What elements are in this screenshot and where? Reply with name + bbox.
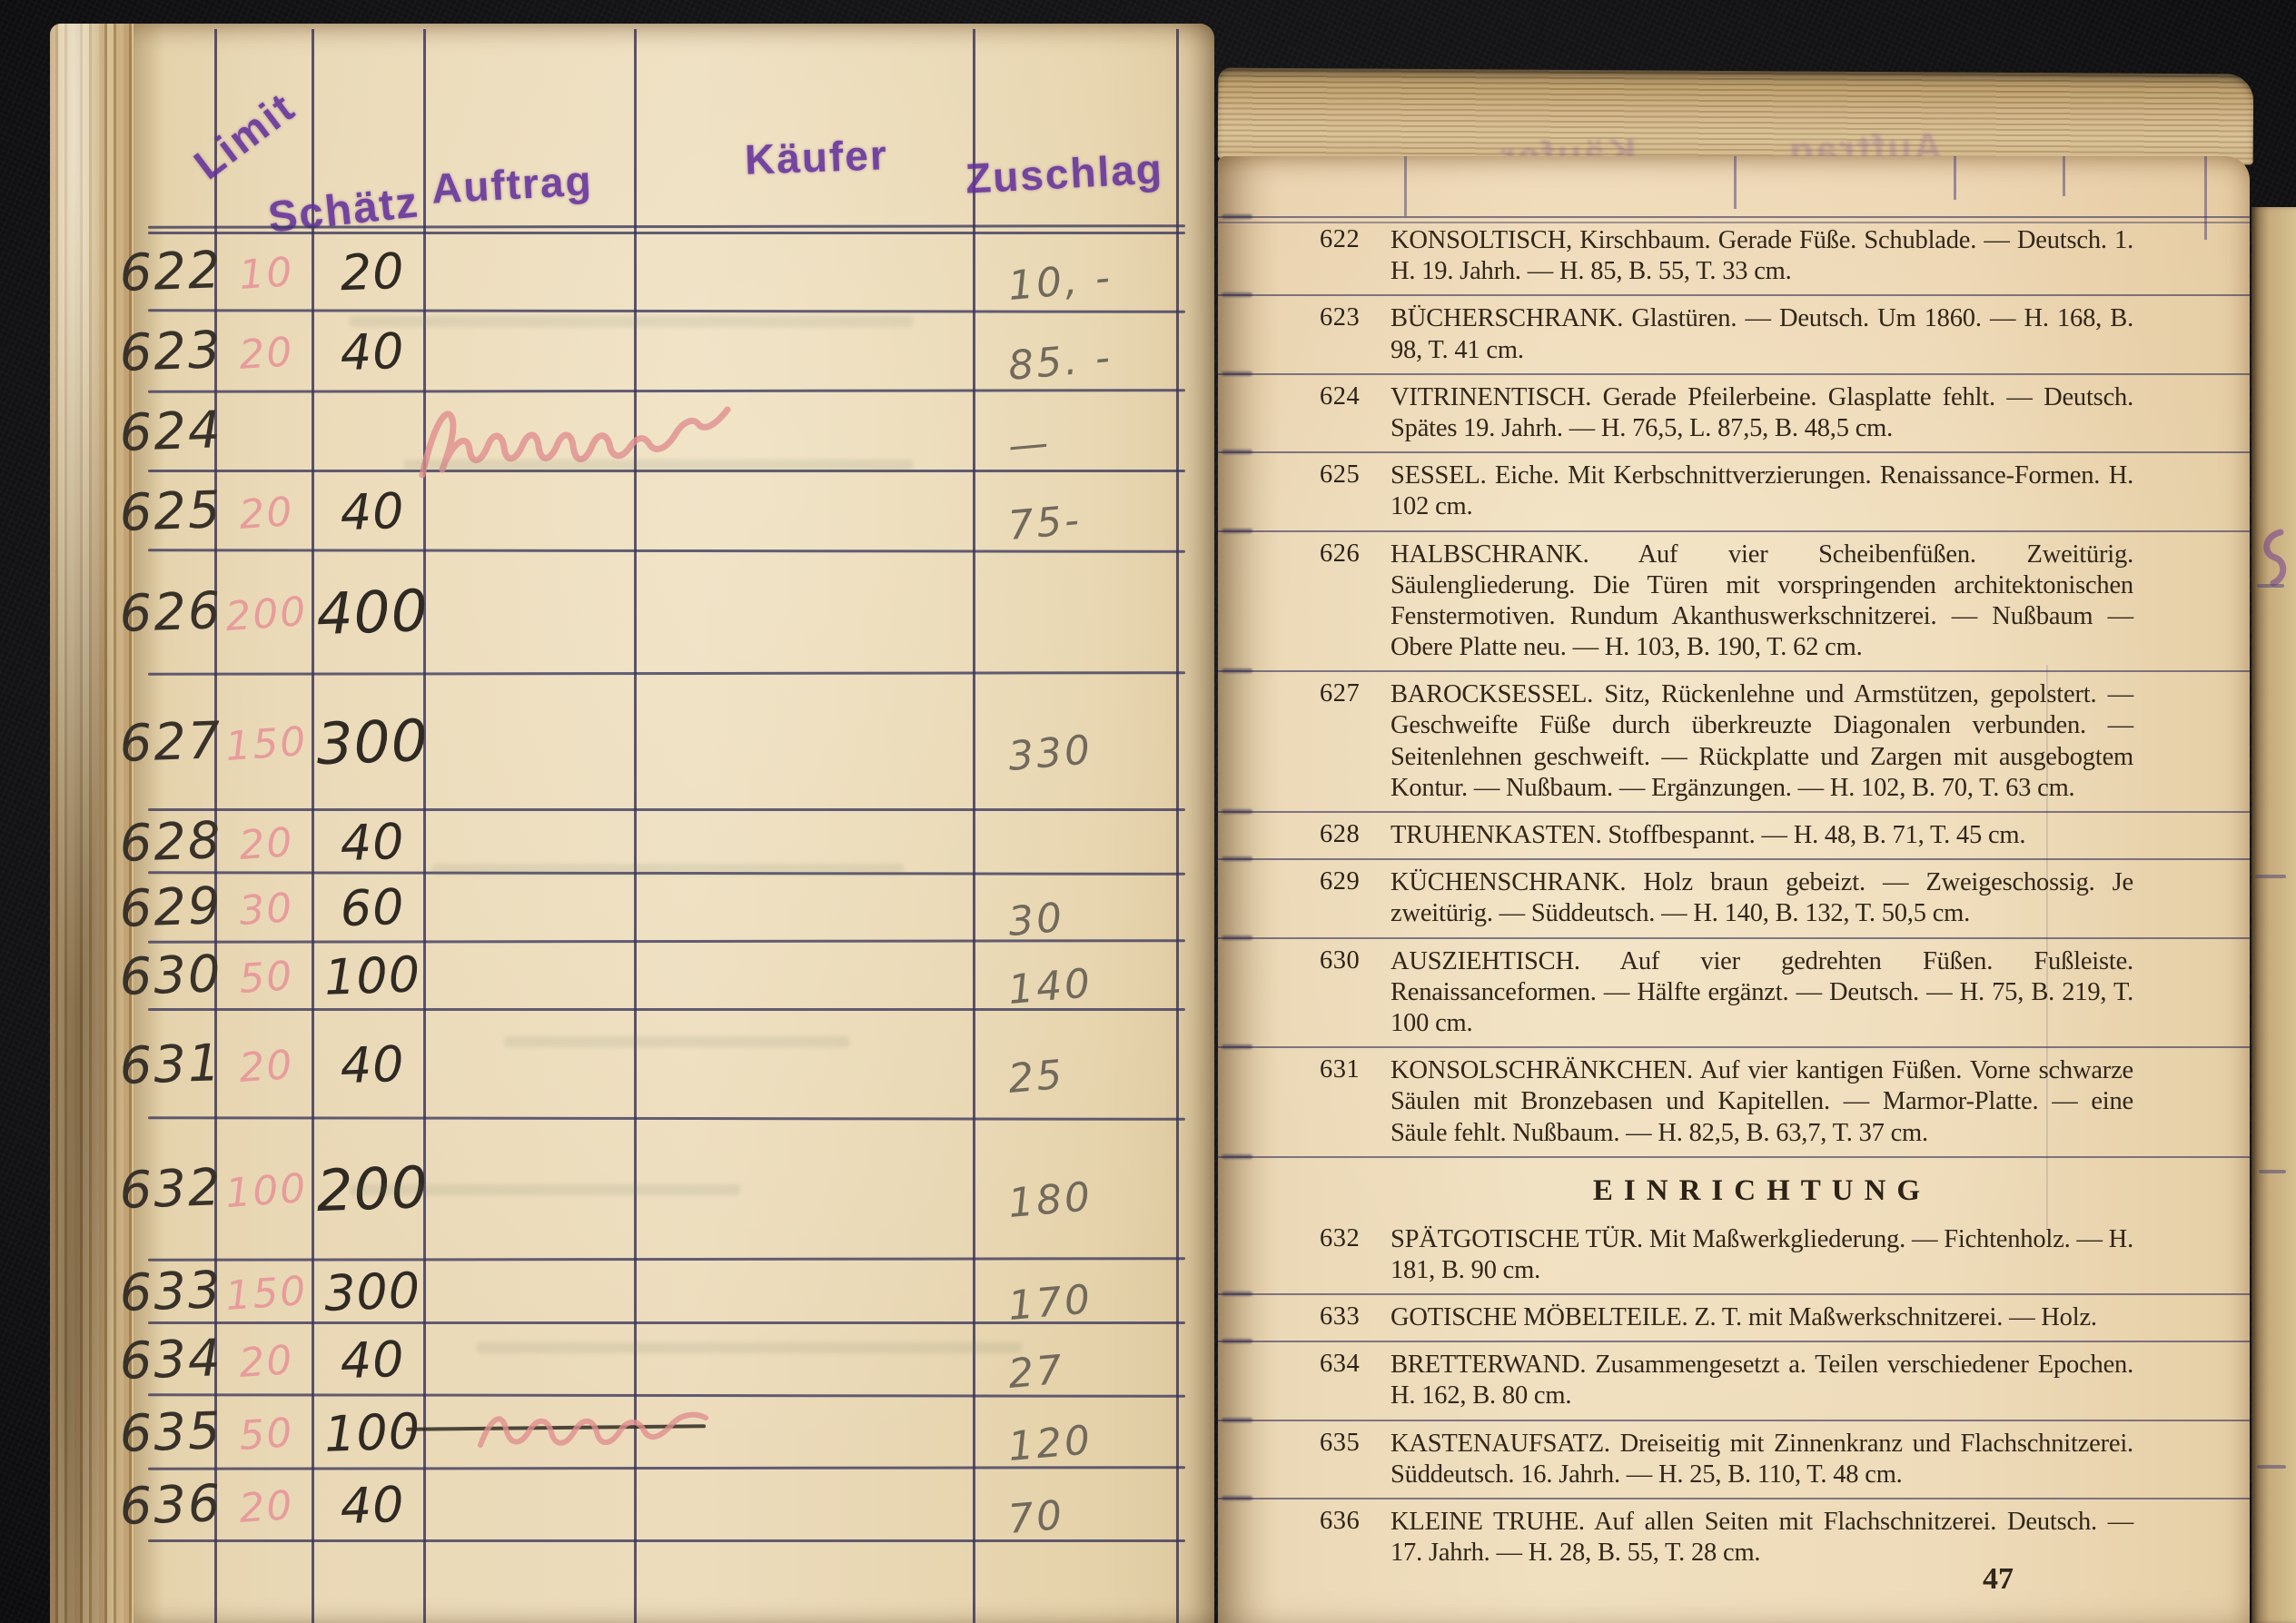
catalog-entry-number: 625 bbox=[1320, 460, 1360, 490]
catalog-entry-text: VITRINENTISCH. Gerade Pfeilerbeine. Glas… bbox=[1390, 382, 2133, 444]
lot-number: 623 bbox=[120, 310, 223, 393]
catalog-entry: 625 SESSEL. Eiche. Mit Kerbschnittverzie… bbox=[1218, 451, 2250, 529]
table-horizontal-rule bbox=[148, 224, 1185, 229]
lot-number: 626 bbox=[119, 549, 223, 676]
ledger-row: 634 20 40 27 bbox=[50, 1321, 1214, 1394]
catalog-entry: 627 BAROCKSESSEL. Sitz, Rückenlehne und … bbox=[1218, 670, 2250, 811]
catalog-entry: 622 KONSOLTISCH, Kirschbaum. Gerade Füße… bbox=[1218, 216, 2250, 294]
catalog-entry: 628 TRUHENKASTEN. Stoffbespannt. — H. 48… bbox=[1218, 811, 2250, 858]
catalog-entry: 624 VITRINENTISCH. Gerade Pfeilerbeine. … bbox=[1218, 373, 2250, 451]
lot-number: 622 bbox=[120, 230, 223, 313]
catalog-entry-text: BAROCKSESSEL. Sitz, Rückenlehne und Arms… bbox=[1390, 679, 2133, 804]
catalog-entry: 630 AUSZIEHTISCH. Auf vier gedrehten Füß… bbox=[1218, 937, 2250, 1047]
catalog-entry-number: 635 bbox=[1320, 1429, 1360, 1458]
limit-value: 20 bbox=[223, 809, 311, 878]
page-number: 47 bbox=[1983, 1562, 2014, 1597]
limit-value: 50 bbox=[223, 941, 311, 1014]
lot-number: 635 bbox=[120, 1394, 223, 1470]
catalog-entry: 623 BÜCHERSCHRANK. Glastüren. — Deutsch.… bbox=[1218, 294, 2250, 372]
lot-number: 632 bbox=[118, 1117, 223, 1262]
scanned-book-spread: Limit Schätz Auftrag Käufer Zuschlag 622… bbox=[0, 0, 2296, 1623]
catalog-entry-number: 633 bbox=[1320, 1302, 1360, 1331]
limit-value: 20 bbox=[221, 1009, 312, 1123]
catalog-page: 622 KONSOLTISCH, Kirschbaum. Gerade Füße… bbox=[1218, 156, 2250, 1623]
catalog-entry-number: 627 bbox=[1320, 679, 1360, 708]
schaetz-value: 40 bbox=[318, 1321, 428, 1398]
catalog-entry-text: KÜCHENSCHRANK. Holz braun gebeizt. — Zwe… bbox=[1390, 867, 2133, 929]
column-stamp-limit: Limit bbox=[184, 82, 304, 189]
ledger-row: 631 20 40 25 bbox=[50, 1008, 1214, 1117]
catalog-entry-number: 622 bbox=[1320, 225, 1360, 254]
catalog-entry-text: KLEINE TRUHE. Auf allen Seiten mit Flach… bbox=[1390, 1507, 2133, 1569]
catalog-entry-number: 631 bbox=[1320, 1055, 1360, 1084]
schaetz-value: 400 bbox=[317, 549, 429, 676]
lot-number: 634 bbox=[120, 1321, 223, 1398]
zuschlag-value: 330 bbox=[979, 672, 1206, 826]
schaetz-value: 100 bbox=[318, 940, 428, 1012]
limit-value: 20 bbox=[222, 311, 311, 396]
column-stamp-kaeufer: Käufer bbox=[744, 130, 889, 183]
bleed-through bbox=[350, 316, 913, 327]
zuschlag-value: 70 bbox=[982, 1467, 1203, 1558]
catalog-entry-number: 623 bbox=[1320, 303, 1360, 332]
limit-value: 20 bbox=[222, 470, 311, 556]
catalog-entry: 629 KÜCHENSCHRANK. Holz braun gebeizt. —… bbox=[1218, 858, 2250, 936]
catalog-entry-text: TRUHENKASTEN. Stoffbespannt. — H. 48, B.… bbox=[1390, 820, 2133, 851]
ledger-row: 627 150 300 330 bbox=[50, 672, 1214, 808]
schaetz-value: 40 bbox=[318, 808, 427, 876]
catalog-entry: 635 KASTENAUFSATZ. Dreiseitig mit Zinnen… bbox=[1218, 1420, 2250, 1498]
schaetz-value: 300 bbox=[316, 672, 428, 812]
bleed-through bbox=[477, 1342, 1022, 1353]
ruled-tick bbox=[1734, 156, 1737, 209]
lot-number: 633 bbox=[120, 1258, 222, 1325]
limit-value: 20 bbox=[223, 1322, 311, 1400]
catalog-entry-text: BÜCHERSCHRANK. Glastüren. — Deutsch. Um … bbox=[1390, 303, 2133, 365]
next-page-sliver bbox=[2251, 207, 2296, 1623]
limit-value: 50 bbox=[223, 1395, 311, 1473]
ledger-row: 630 50 100 140 bbox=[50, 940, 1214, 1008]
column-stamp-zuschlag: Zuschlag bbox=[965, 143, 1164, 203]
lot-number: 630 bbox=[120, 940, 223, 1012]
ruled-line-fragment bbox=[2259, 1170, 2286, 1173]
lot-number: 625 bbox=[120, 470, 223, 553]
lot-number: 628 bbox=[120, 808, 222, 876]
catalog-entry-number: 636 bbox=[1320, 1507, 1360, 1536]
ledger-row: 625 20 40 75- bbox=[50, 470, 1214, 549]
column-stamp-auftrag: Auftrag bbox=[430, 155, 594, 213]
lot-number: 636 bbox=[120, 1467, 223, 1543]
limit-value: 150 bbox=[220, 673, 312, 815]
ledger-row: 635 50 100 120 bbox=[50, 1394, 1214, 1467]
zuschlag-value: 180 bbox=[979, 1117, 1207, 1276]
schaetz-value: 300 bbox=[318, 1258, 427, 1325]
ledger-row: 636 20 40 70 bbox=[50, 1467, 1214, 1539]
catalog-entry: 636 KLEINE TRUHE. Auf allen Seiten mit F… bbox=[1218, 1498, 2250, 1576]
schaetz-value: 100 bbox=[318, 1394, 428, 1470]
limit-value bbox=[222, 391, 311, 476]
catalog-entry-text: SESSEL. Eiche. Mit Kerbschnittverzierung… bbox=[1390, 460, 2133, 522]
catalog-entry: 634 BRETTERWAND. Zusammengesetzt a. Teil… bbox=[1218, 1341, 2250, 1419]
bleed-through bbox=[504, 1036, 849, 1047]
limit-value: 20 bbox=[223, 1468, 311, 1546]
ruled-tick bbox=[1954, 156, 1956, 200]
limit-value: 200 bbox=[221, 550, 312, 678]
limit-value: 30 bbox=[223, 873, 311, 946]
bleed-through bbox=[350, 1184, 740, 1195]
page-block-edge bbox=[1218, 68, 2254, 165]
catalog-entry-number: 630 bbox=[1320, 946, 1360, 975]
section-heading: EINRICHTUNG bbox=[1218, 1156, 2250, 1217]
ruled-tick bbox=[1404, 156, 1407, 216]
ruled-tick bbox=[2063, 156, 2065, 196]
lot-number: 631 bbox=[119, 1008, 223, 1121]
catalog-entry-text: BRETTERWAND. Zusammengesetzt a. Teilen v… bbox=[1390, 1350, 2133, 1411]
ledger-row: 629 30 60 30 bbox=[50, 872, 1214, 940]
catalog-entry-number: 628 bbox=[1320, 820, 1360, 849]
catalog-entry: 626 HALBSCHRANK. Auf vier Scheibenfüßen.… bbox=[1218, 530, 2250, 671]
schaetz-value: 20 bbox=[318, 230, 428, 313]
catalog-entry-text: AUSZIEHTISCH. Auf vier gedrehten Füßen. … bbox=[1390, 946, 2133, 1040]
catalog-entry-text: SPÄTGOTISCHE TÜR. Mit Maßwerkgliederung.… bbox=[1390, 1224, 2133, 1286]
catalog-entry: 632 SPÄTGOTISCHE TÜR. Mit Maßwerkglieder… bbox=[1218, 1217, 2250, 1293]
schaetz-value: 40 bbox=[318, 1467, 428, 1543]
limit-value: 10 bbox=[222, 231, 311, 316]
catalog-entry-text: KASTENAUFSATZ. Dreiseitig mit Zinnenkran… bbox=[1390, 1429, 2133, 1490]
catalog-entry-number: 632 bbox=[1320, 1224, 1360, 1253]
catalog-entry: 631 KONSOLSCHRÄNKCHEN. Auf vier kantigen… bbox=[1218, 1046, 2250, 1156]
ledger-page: Limit Schätz Auftrag Käufer Zuschlag 622… bbox=[50, 24, 1214, 1623]
limit-value: 150 bbox=[223, 1259, 311, 1328]
schaetz-value: 40 bbox=[317, 1008, 428, 1121]
stamp-fragment-icon bbox=[2253, 527, 2290, 595]
bleed-through bbox=[431, 864, 904, 875]
catalog-entry-list: 622 KONSOLTISCH, Kirschbaum. Gerade Füße… bbox=[1218, 216, 2250, 1576]
zuschlag-value bbox=[979, 549, 1205, 690]
catalog-entry-text: HALBSCHRANK. Auf vier Scheibenfüßen. Zwe… bbox=[1390, 539, 2133, 664]
lot-number: 627 bbox=[118, 672, 223, 812]
ledger-row: 626 200 400 bbox=[50, 549, 1214, 672]
ledger-row: 628 20 40 bbox=[50, 808, 1214, 872]
catalog-entry-number: 626 bbox=[1320, 539, 1360, 569]
ledger-row: 624 — bbox=[50, 390, 1214, 470]
red-pencil-scribble bbox=[475, 1400, 713, 1458]
limit-value: 100 bbox=[220, 1118, 313, 1264]
ledger-row: 622 10 20 10, - bbox=[50, 230, 1214, 310]
catalog-entry: 633 GOTISCHE MÖBELTEILE. Z. T. mit Maßwe… bbox=[1218, 1293, 2250, 1341]
ruled-line-fragment bbox=[2255, 875, 2286, 878]
catalog-entry-number: 629 bbox=[1320, 867, 1360, 896]
catalog-entry-number: 624 bbox=[1320, 382, 1360, 411]
catalog-entry-text: GOTISCHE MÖBELTEILE. Z. T. mit Maßwerksc… bbox=[1390, 1302, 2133, 1333]
schaetz-value: 60 bbox=[318, 872, 428, 944]
catalog-entry-text: KONSOLSCHRÄNKCHEN. Auf vier kantigen Füß… bbox=[1390, 1055, 2133, 1149]
lot-number: 629 bbox=[120, 872, 223, 944]
catalog-entry-number: 634 bbox=[1320, 1350, 1360, 1379]
lot-number: 624 bbox=[120, 390, 223, 473]
catalog-entry-text: KONSOLTISCH, Kirschbaum. Gerade Füße. Sc… bbox=[1390, 225, 2133, 287]
ruled-line-fragment bbox=[2257, 1465, 2286, 1469]
schaetz-value: 40 bbox=[318, 470, 428, 553]
ledger-row: 633 150 300 170 bbox=[50, 1258, 1214, 1321]
bleed-through bbox=[404, 460, 913, 470]
